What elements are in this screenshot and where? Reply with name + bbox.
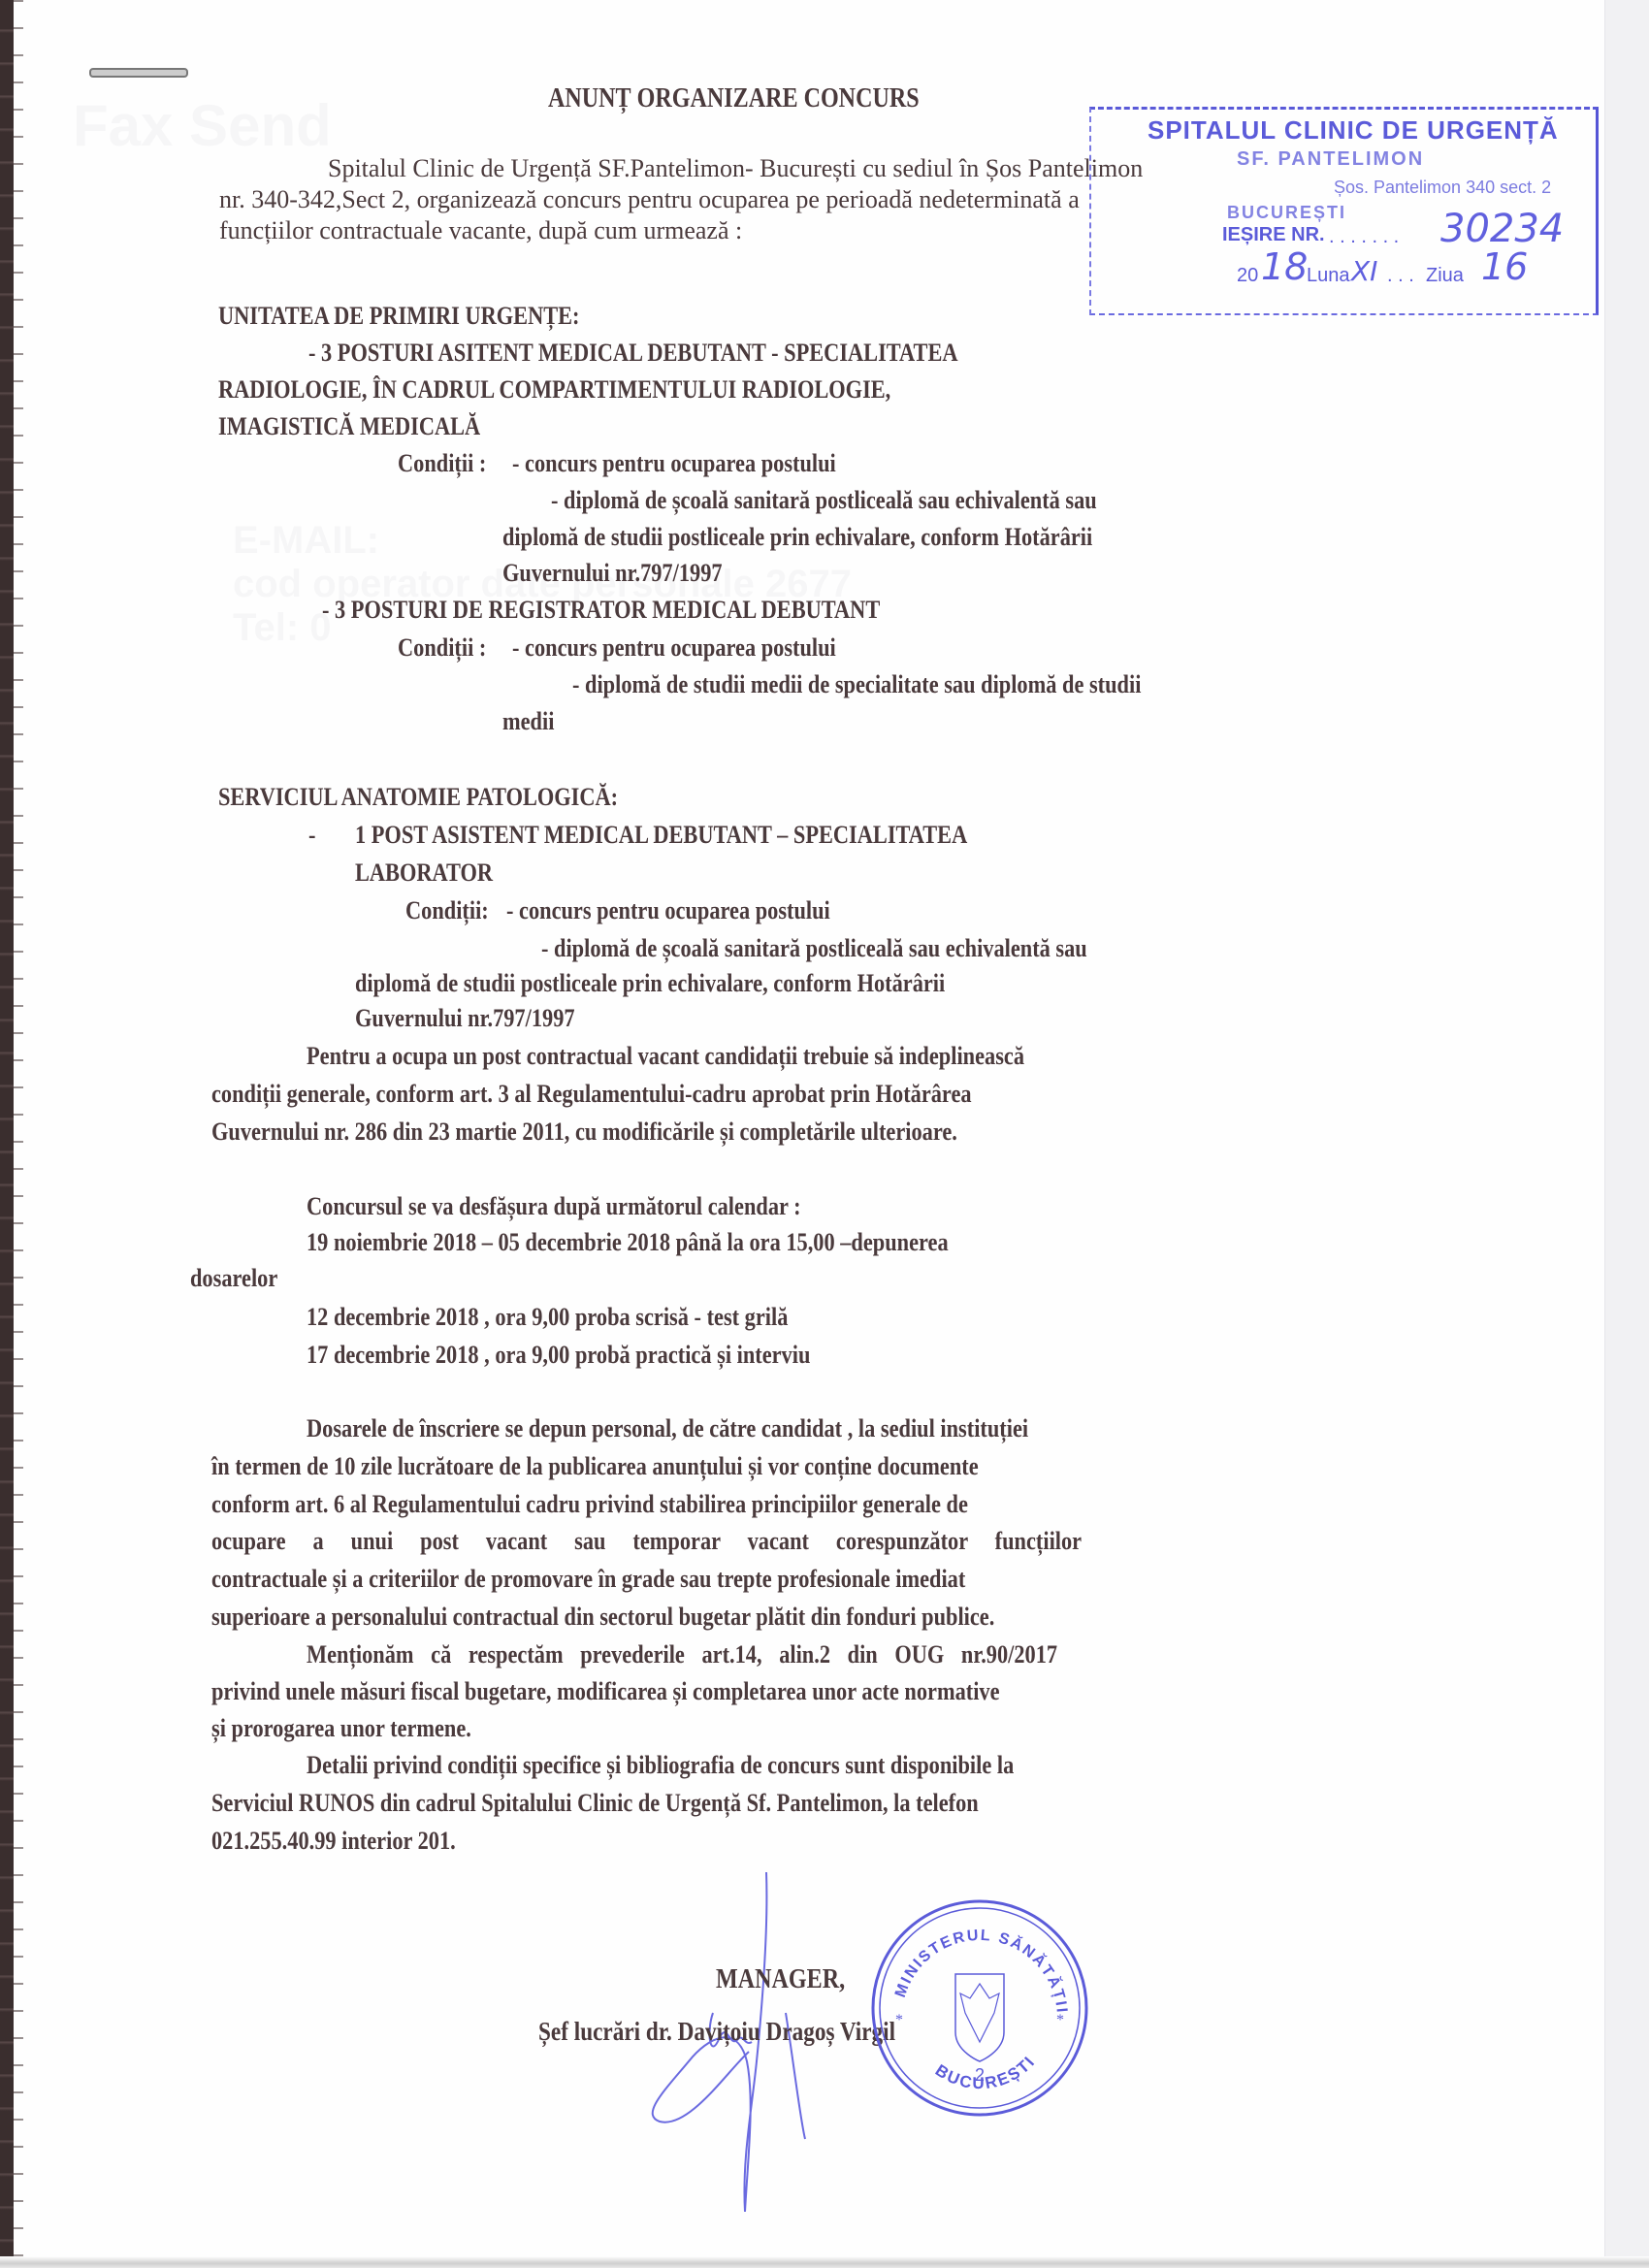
paragraph-line: Pentru a ocupa un post contractual vacan… — [307, 1041, 1024, 1072]
intro-line: funcțiilor contractuale vacante, după cu… — [219, 215, 742, 246]
section-heading: UNITATEA DE PRIMIRI URGENȚE: — [218, 301, 580, 332]
position-title: LABORATOR — [355, 858, 493, 889]
condition-item: diplomă de studii postliceale prin echiv… — [502, 522, 1092, 553]
stamp-name: SF. PANTELIMON — [1237, 148, 1424, 171]
paragraph-line: conform art. 6 al Regulamentului cadru p… — [211, 1489, 968, 1520]
stamp-ministry-text: MINISTERUL SĂNĂTĂȚII — [892, 1928, 1070, 2015]
paragraph-line: contractuale și a criteriilor de promova… — [211, 1564, 965, 1595]
condition-item: Guvernului nr.797/1997 — [355, 1003, 575, 1034]
svg-text:MINISTERUL SĂNĂTĂȚII: MINISTERUL SĂNĂTĂȚII — [892, 1928, 1070, 2015]
official-round-stamp: MINISTERUL SĂNĂTĂȚII BUCUREȘTI 2 * * — [868, 1896, 1091, 2120]
stamp-year-prefix: 20 — [1237, 265, 1258, 287]
condition-item: - concurs pentru ocuparea postului — [512, 632, 836, 664]
signature-role: MANAGER, — [716, 1964, 845, 1995]
calendar-item: 12 decembrie 2018 , ora 9,00 proba scris… — [307, 1302, 788, 1333]
calendar-item: 17 decembrie 2018 , ora 9,00 probă pract… — [307, 1340, 810, 1371]
condition-item: Guvernului nr.797/1997 — [502, 558, 723, 589]
paragraph-line: Detalii privind condiții specifice și bi… — [307, 1750, 1014, 1781]
calendar-item: 19 noiembrie 2018 – 05 decembrie 2018 pâ… — [307, 1227, 949, 1258]
calendar-intro: Concursul se va desfășura după următorul… — [307, 1191, 801, 1222]
paragraph-line: Serviciul RUNOS din cadrul Spitalului Cl… — [211, 1788, 979, 1819]
document-title: ANUNȚ ORGANIZARE CONCURS — [548, 83, 920, 114]
conditions-label: Condiții: — [405, 895, 489, 926]
svg-text:*: * — [1056, 2012, 1064, 2028]
paragraph-line: Menționăm că respectăm prevederile art.1… — [307, 1639, 1057, 1670]
paragraph-line: privind unele măsuri fiscal bugetare, mo… — [211, 1676, 1000, 1707]
scan-edge-left — [0, 0, 14, 2268]
stamp-institution: SPITALUL CLINIC DE URGENȚĂ — [1148, 115, 1559, 146]
paragraph-line: ocupare a unui post vacant sau temporar … — [211, 1526, 1082, 1557]
paragraph-line: superioare a personalului contractual di… — [211, 1602, 994, 1633]
stamp-address: Șos. Pantelimon 340 sect. 2 — [1334, 178, 1551, 198]
registry-stamp: SPITALUL CLINIC DE URGENȚĂ SF. PANTELIMO… — [1089, 107, 1599, 315]
condition-item: diplomă de studii postliceale prin echiv… — [355, 968, 945, 999]
scan-edge-bottom — [0, 2256, 1649, 2268]
fax-watermark: Fax Send — [73, 92, 332, 159]
signature-name: Șef lucrări dr. Davițoiu Dragoș Virgil — [538, 2016, 895, 2047]
coat-of-arms-icon — [955, 1974, 1004, 2061]
stamp-month-label: Luna — [1307, 265, 1350, 287]
stamp-year: 18 — [1261, 245, 1308, 288]
condition-item: - diplomă de școală sanitară postliceală… — [541, 933, 1087, 964]
stamp-number: 2 — [975, 2065, 985, 2085]
stamp-exit-label: IEȘIRE NR. — [1222, 224, 1325, 246]
condition-item: - diplomă de școală sanitară postliceală… — [551, 485, 1097, 516]
paragraph-line: în termen de 10 zile lucrătoare de la pu… — [211, 1451, 979, 1482]
paragraph-line: și prorogarea unor termene. — [211, 1713, 471, 1744]
stamp-day: 16 — [1481, 245, 1528, 288]
stamp-day-label: Ziua — [1426, 265, 1464, 287]
conditions-label: Condiții : — [398, 448, 486, 479]
position-title: - 3 POSTURI DE REGISTRATOR MEDICAL DEBUT… — [322, 595, 880, 626]
condition-item: - concurs pentru ocuparea postului — [512, 448, 836, 479]
paragraph-line: condiții generale, conform art. 3 al Reg… — [211, 1079, 972, 1110]
intro-line: nr. 340-342,Sect 2, organizează concurs … — [219, 184, 1080, 215]
condition-item: - concurs pentru ocuparea postului — [506, 895, 830, 926]
paragraph-line: Guvernului nr. 286 din 23 martie 2011, c… — [211, 1117, 957, 1148]
condition-item: - diplomă de studii medii de specialitat… — [572, 669, 1141, 700]
position-title: RADIOLOGIE, ÎN CADRUL COMPARTIMENTULUI R… — [218, 374, 890, 405]
svg-text:*: * — [895, 2012, 903, 2028]
intro-line: Spitalul Clinic de Urgență SF.Pantelimon… — [328, 153, 1143, 184]
position-title: - 3 POSTURI ASITENT MEDICAL DEBUTANT - S… — [308, 338, 958, 369]
condition-item: medii — [502, 706, 554, 737]
fax-watermark-line: E-MAIL: — [233, 519, 379, 563]
paragraph-line: Dosarele de înscriere se depun personal,… — [307, 1413, 1028, 1444]
stamp-city: BUCUREȘTI — [1227, 203, 1346, 223]
position-title: 1 POST ASISTENT MEDICAL DEBUTANT – SPECI… — [355, 820, 967, 851]
punch-mark — [89, 68, 188, 78]
position-bullet: - — [308, 820, 315, 851]
paragraph-line: 021.255.40.99 interior 201. — [211, 1826, 456, 1857]
stamp-month: XI — [1351, 255, 1377, 287]
fax-watermark-line: Tel: 0 — [233, 606, 332, 650]
calendar-item-cont: dosarelor — [190, 1263, 277, 1294]
conditions-label: Condiții : — [398, 632, 486, 664]
scanned-document-page: Fax Send E-MAIL: cod operator date perso… — [0, 0, 1649, 2268]
scan-edge-right — [1604, 0, 1649, 2268]
section-heading: SERVICIUL ANATOMIE PATOLOGICĂ: — [218, 782, 618, 813]
position-title: IMAGISTICĂ MEDICALĂ — [218, 411, 480, 442]
